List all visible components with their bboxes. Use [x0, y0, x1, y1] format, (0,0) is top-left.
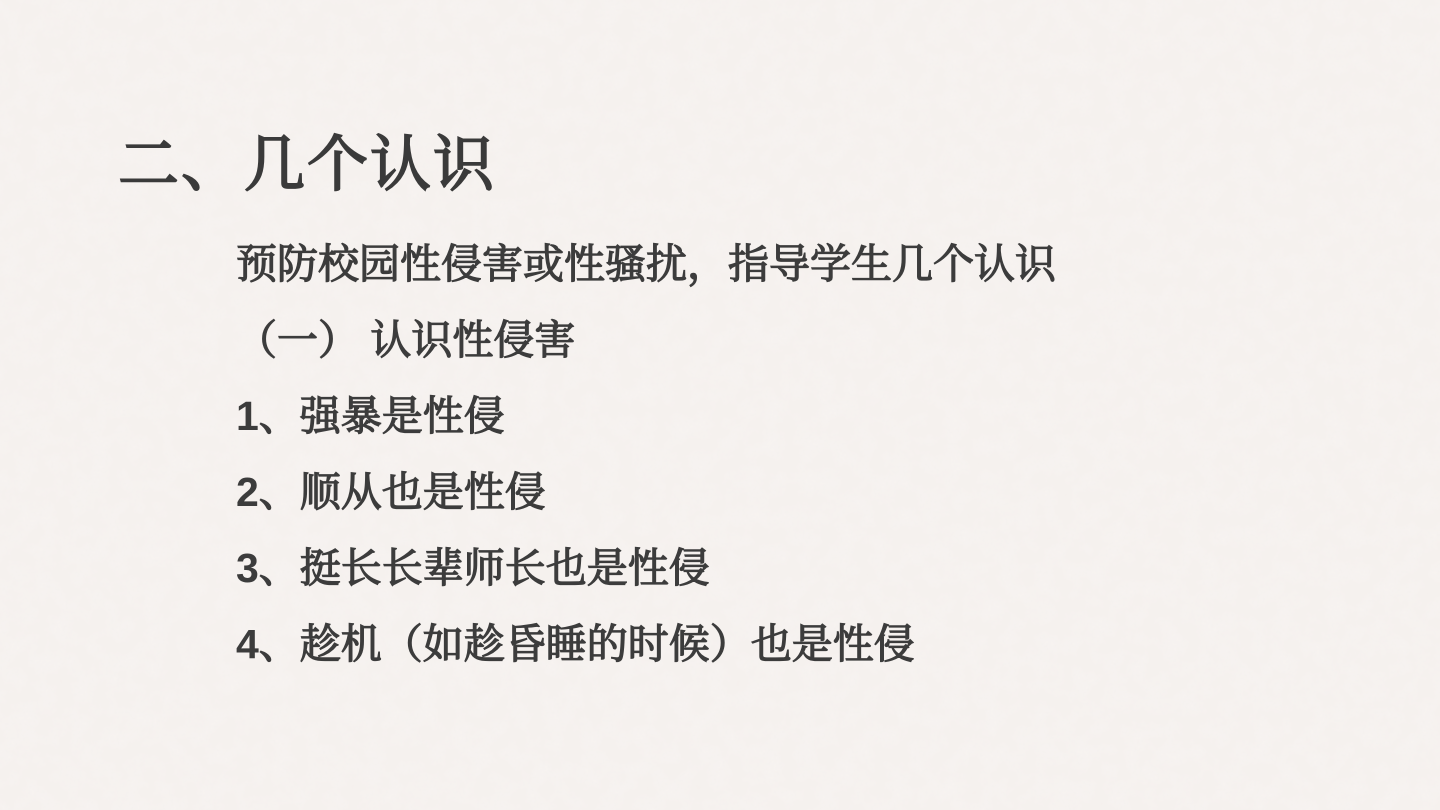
- body-intro-line: 预防校园性侵害或性骚扰，指导学生几个认识: [236, 226, 1336, 302]
- presentation-slide: 二、几个认识 预防校园性侵害或性骚扰，指导学生几个认识 （一） 认识性侵害 1、…: [0, 0, 1440, 810]
- slide-title: 二、几个认识: [118, 116, 496, 203]
- slide-body: 预防校园性侵害或性骚扰，指导学生几个认识 （一） 认识性侵害 1、强暴是性侵 2…: [236, 226, 1336, 682]
- list-item: 3、挺长长辈师长也是性侵: [236, 530, 1336, 606]
- list-item: 2、顺从也是性侵: [236, 454, 1336, 530]
- list-item: 4、趁机（如趁昏睡的时候）也是性侵: [236, 606, 1336, 682]
- list-item: 1、强暴是性侵: [236, 378, 1336, 454]
- section-heading: （一） 认识性侵害: [236, 302, 1336, 378]
